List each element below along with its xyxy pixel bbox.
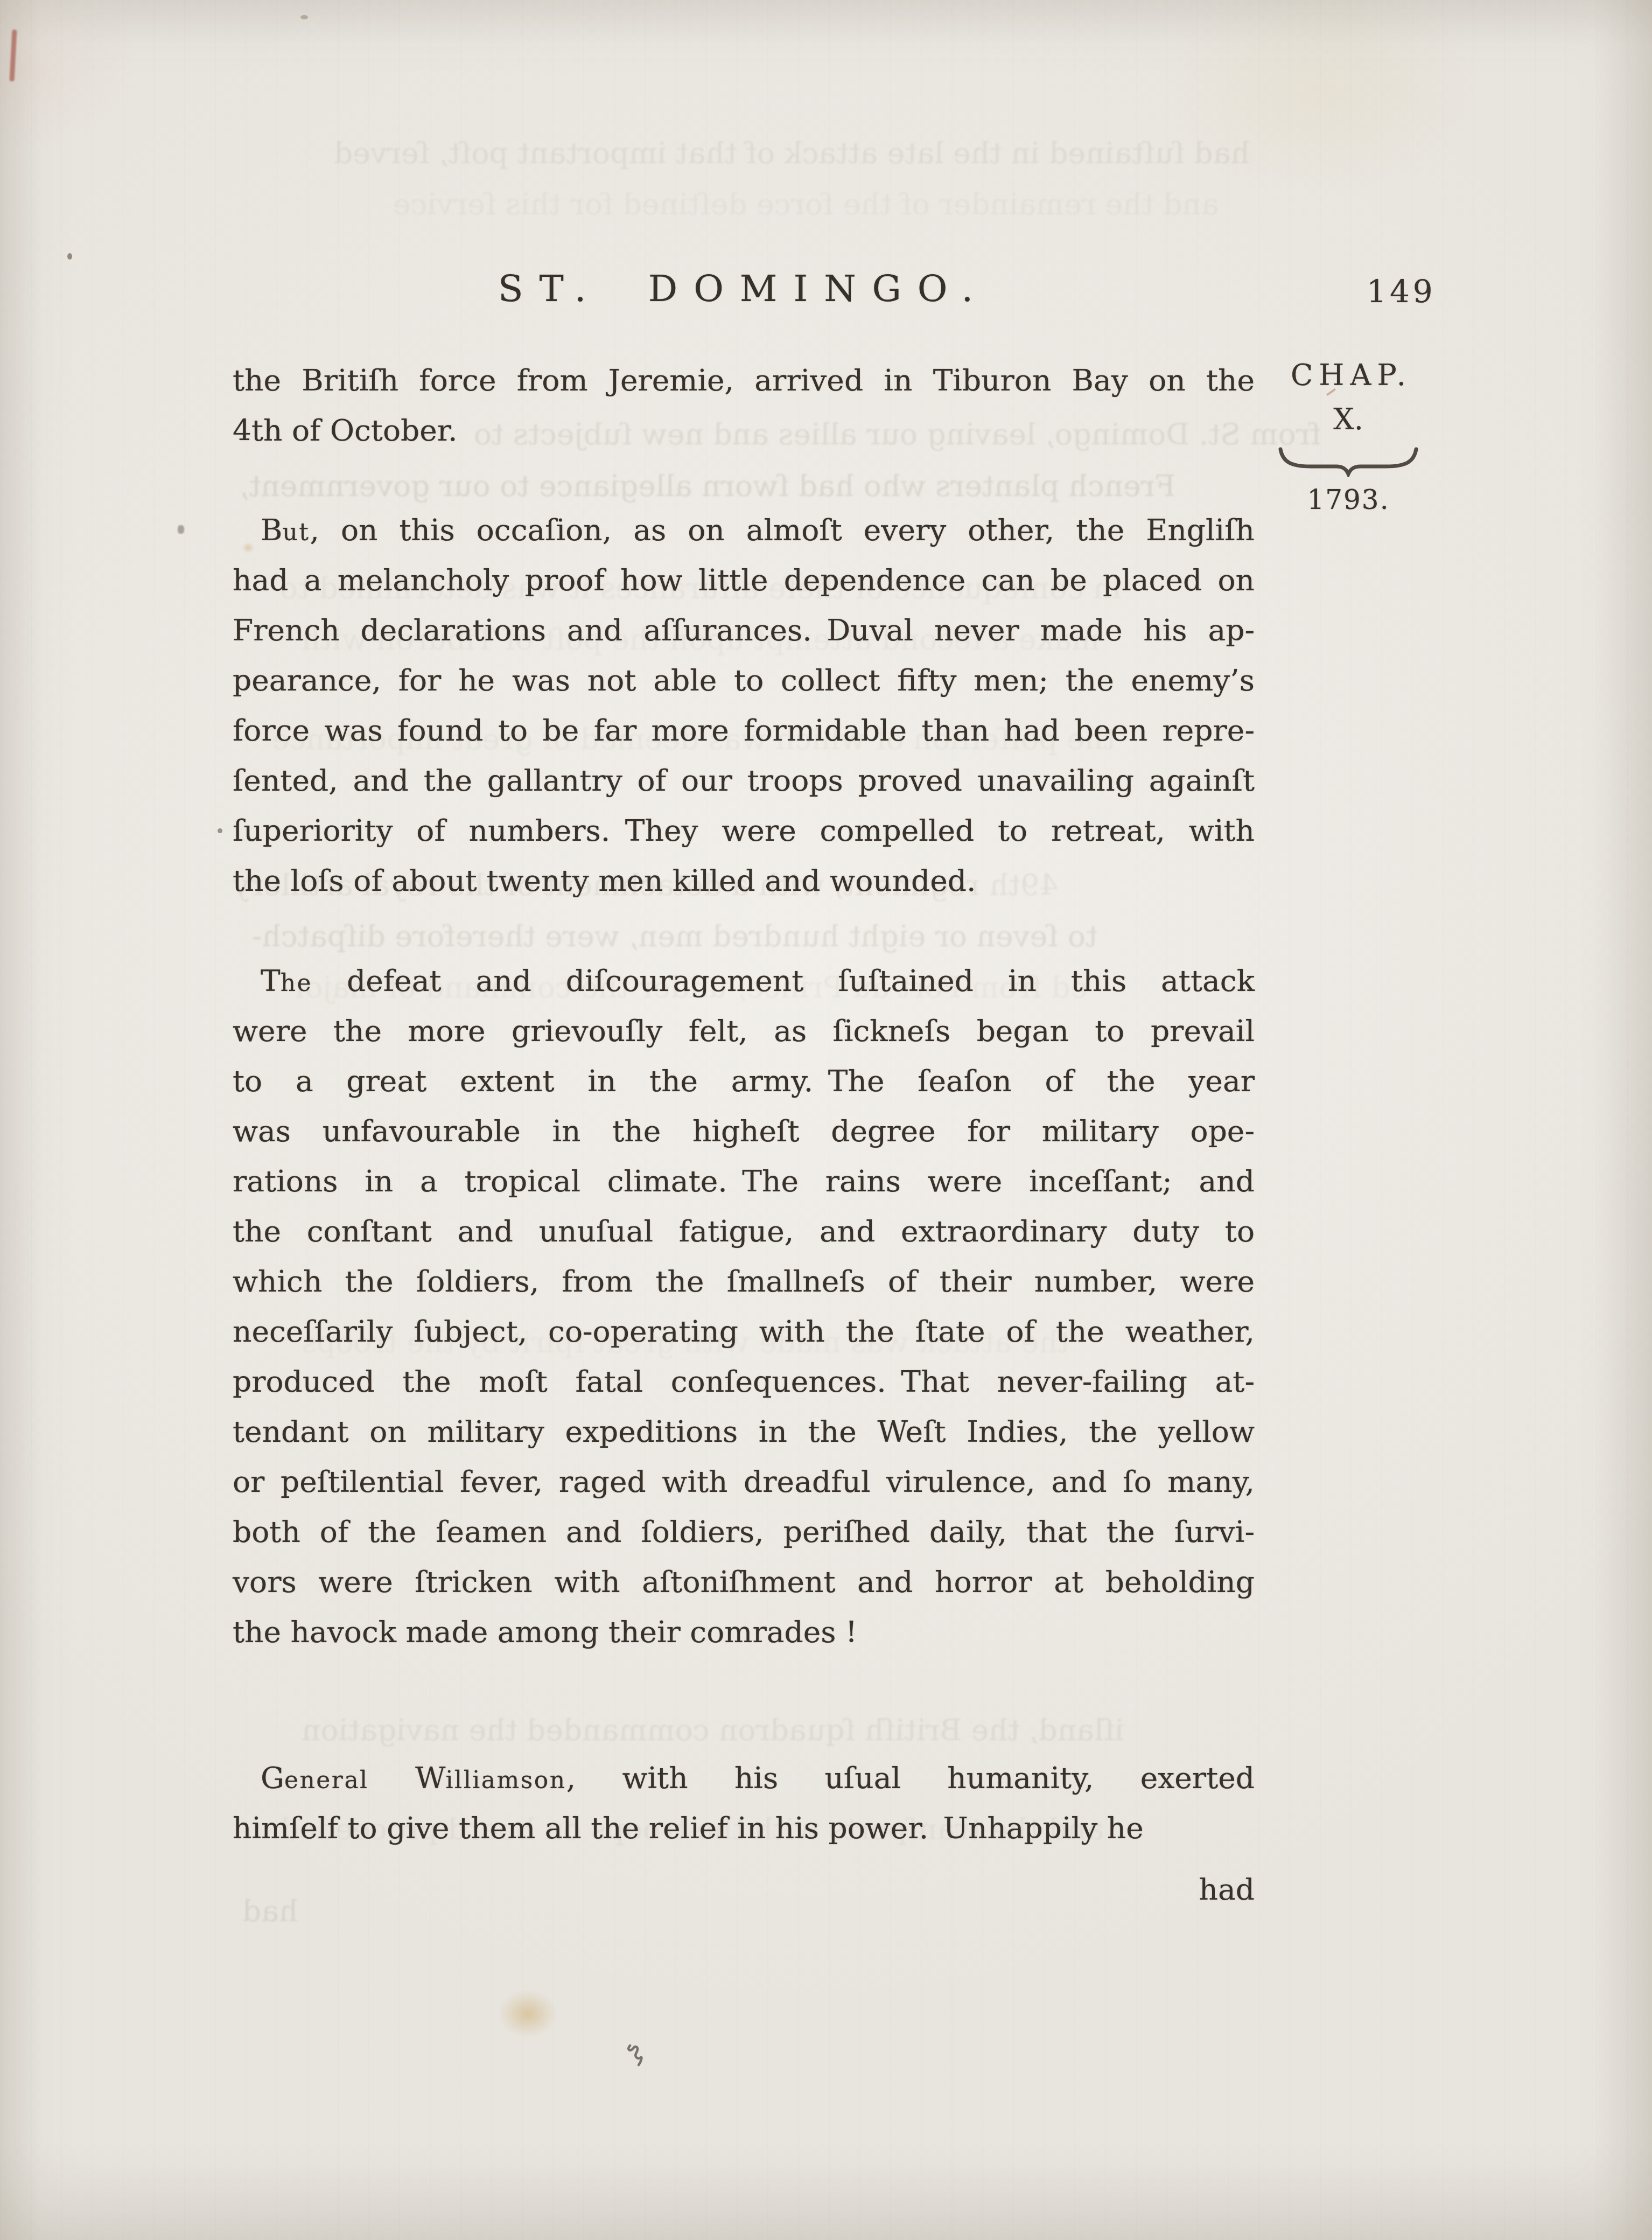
text-line: vors were ſtricken with aſtoniſhment and… [233,1557,1255,1607]
text-segment: T [261,964,281,998]
small-caps-text: eneral [284,1767,369,1794]
text-segment: ſuperiority of numbers. They were compel… [233,813,1255,848]
text-line: 4th of October. [233,406,1255,456]
text-segment: was unfavourable in the higheſt degree f… [233,1114,1255,1148]
text-line: to a great extent in the army. The ſeaſo… [233,1056,1255,1106]
text-line: had a melancholy proof how little depend… [233,555,1255,605]
text-segment: to a great extent in the army. The ſeaſo… [233,1064,1255,1098]
text-line: the conſtant and unuſual fatigue, and ex… [233,1206,1255,1257]
text-segment: the conſtant and unuſual fatigue, and ex… [233,1214,1255,1248]
text-line: which the ſoldiers, from the ſmallneſs o… [233,1257,1255,1307]
chapter-numeral: X. [1275,402,1422,437]
text-segment: rations in a tropical climate. The rains… [233,1164,1255,1198]
small-caps-text: he [281,969,312,997]
text-segment: B [261,513,282,547]
paragraph: General Williamson, with his uſual human… [233,1753,1255,1853]
book-page-scan: had ſuſtained in the late attack of that… [0,0,1652,2240]
small-caps-text: ut [282,519,310,546]
chapter-under-brace-icon [1277,445,1419,477]
text-line: tendant on military expeditions in the W… [233,1407,1255,1457]
text-line: produced the moſt fatal conſequences. Th… [233,1357,1255,1407]
text-line: rations in a tropical climate. The rains… [233,1156,1255,1206]
margin-year: 1793. [1275,484,1422,516]
text-line: himſelf to give them all the relief in h… [233,1803,1255,1853]
text-segment: were the more grievouſly felt, as ſickne… [233,1014,1255,1048]
text-line: ſuperiority of numbers. They were compel… [233,806,1255,856]
text-segment: had a melancholy proof how little depend… [233,563,1255,597]
text-line: the havock made among their comrades ! [233,1607,1255,1657]
text-line: force was found to be far more formidabl… [233,706,1255,756]
text-segment: defeat and diſcouragement ſuſtained in t… [312,964,1255,998]
text-segment: neceſſarily ſubject, co-operating with t… [233,1314,1255,1349]
text-line: But, on this occaſion, as on almoſt ever… [233,505,1255,555]
catchword: had [233,1865,1255,1915]
text-segment: the havock made among their comrades ! [233,1615,857,1649]
page-number: 149 [1367,273,1474,310]
text-line: were the more grievouſly felt, as ſickne… [233,1006,1255,1056]
chapter-label: CHAP. [1275,358,1422,393]
text-segment: W [415,1761,446,1795]
text-segment: ſented, and the gallantry of our troops … [233,763,1255,798]
text-segment: or peſtilential fever, raged with dreadf… [233,1464,1255,1499]
text-line: neceſſarily ſubject, co-operating with t… [233,1307,1255,1357]
text-segment: French declarations and aſſurances. Duva… [233,613,1255,647]
text-segment: , with his uſual humanity, exerted [566,1761,1255,1795]
text-line: the loſs of about twenty men killed and … [233,856,1255,906]
text-segment: the Britiſh force from Jeremie, arrived … [233,363,1255,397]
text-segment: both of the ſeamen and ſoldiers, periſhe… [233,1515,1255,1549]
text-segment: 4th of October. [233,413,458,448]
text-line: both of the ſeamen and ſoldiers, periſhe… [233,1507,1255,1557]
small-caps-text: illiamson [446,1767,566,1794]
paragraph: the Britiſh force from Jeremie, arrived … [233,355,1255,456]
text-line: ſented, and the gallantry of our troops … [233,756,1255,806]
text-segment: , on this occaſion, as on almoſt every o… [310,513,1255,547]
text-segment: vors were ſtricken with aſtoniſhment and… [233,1565,1255,1599]
text-line: was unfavourable in the higheſt degree f… [233,1106,1255,1156]
margin-chapter-note: CHAP. X. 1793. [1275,358,1422,516]
text-segment: produced the moſt fatal conſequences. Th… [233,1364,1255,1399]
text-line: or peſtilential fever, raged with dreadf… [233,1457,1255,1507]
text-line: the Britiſh force from Jeremie, arrived … [233,355,1255,406]
text-segment: G [261,1761,284,1795]
text-line: French declarations and aſſurances. Duva… [233,605,1255,655]
text-line: pearance, for he was not able to collect… [233,655,1255,706]
text-segment: which the ſoldiers, from the ſmallneſs o… [233,1264,1255,1299]
text-segment: force was found to be far more formidabl… [233,713,1255,748]
text-segment: tendant on military expeditions in the W… [233,1414,1255,1449]
text-line: The defeat and diſcouragement ſuſtained … [233,956,1255,1006]
text-line: General Williamson, with his uſual human… [233,1753,1255,1803]
text-segment [369,1761,415,1795]
text-segment: the loſs of about twenty men killed and … [233,863,976,898]
paragraph: The defeat and diſcouragement ſuſtained … [233,956,1255,1657]
text-segment: himſelf to give them all the relief in h… [233,1811,1144,1845]
text-segment: pearance, for he was not able to collect… [233,663,1255,697]
paragraph: But, on this occaſion, as on almoſt ever… [233,505,1255,906]
